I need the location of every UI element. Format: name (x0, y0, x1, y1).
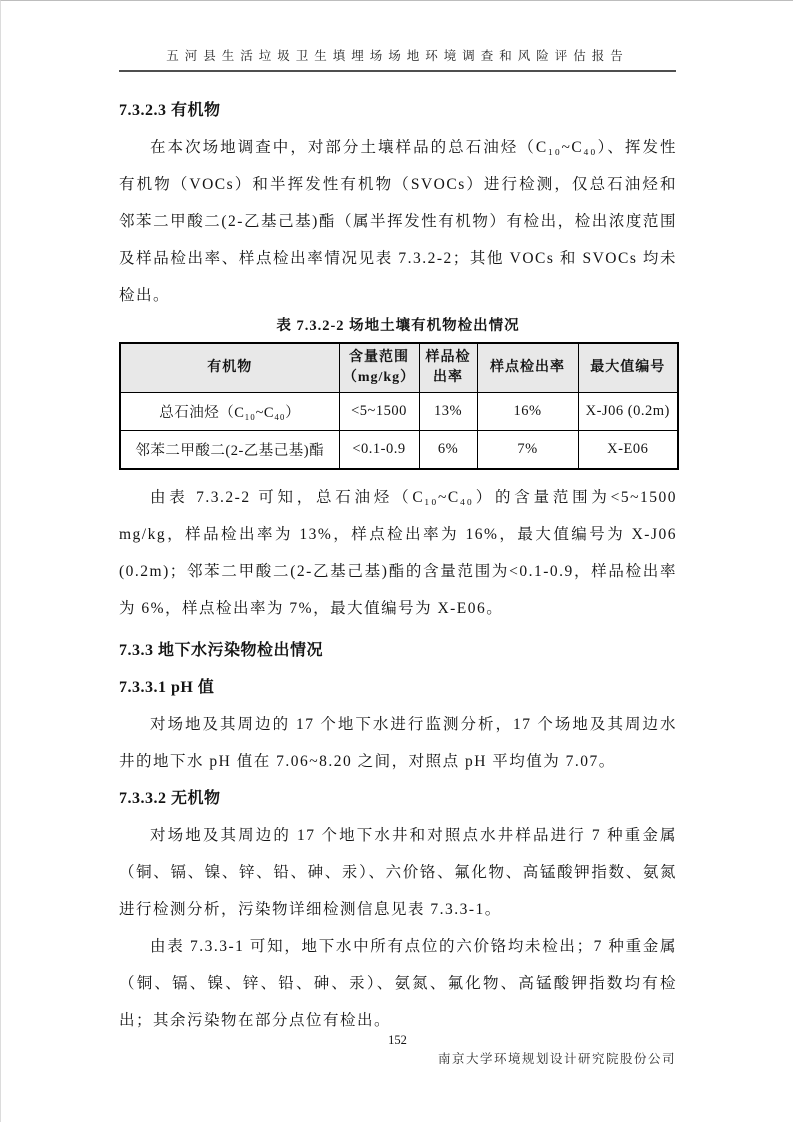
page-number: 152 (119, 1032, 676, 1048)
cell-organic: 总石油烃（C₁₀~C₄₀） (120, 393, 339, 431)
section-heading-7-3-3-2: 7.3.3.2 无机物 (119, 780, 677, 817)
table-row: 邻苯二甲酸二(2-乙基己基)酯 <0.1-0.9 6% 7% X-E06 (120, 431, 678, 470)
page-footer: 152 南京大学环境规划设计研究院股份公司 (119, 1032, 676, 1067)
table-caption: 表 7.3.2-2 场地土壤有机物检出情况 (119, 315, 677, 338)
cell-range: <5~1500 (339, 393, 419, 431)
document-body: 7.3.2.3 有机物 在本次场地调查中，对部分土壤样品的总石油烃（C₁₀~C₄… (119, 92, 677, 1039)
running-header-title: 五河县生活垃圾卫生填埋场场地环境调查和风险评估报告 (119, 46, 676, 64)
cell-sample-rate: 6% (419, 431, 477, 470)
paragraph-ph: 对场地及其周边的 17 个地下水进行监测分析，17 个场地及其周边水井的地下水 … (119, 706, 677, 780)
soil-organics-table: 有机物 含量范围（mg/kg） 样品检出率 样点检出率 最大值编号 总石油烃（C… (119, 342, 679, 470)
column-header-organic: 有机物 (120, 343, 339, 393)
cell-sample-rate: 13% (419, 393, 477, 431)
column-header-point-rate: 样点检出率 (477, 343, 578, 393)
cell-point-rate: 16% (477, 393, 578, 431)
section-heading-7-3-2-3: 7.3.2.3 有机物 (119, 92, 677, 129)
table-row: 总石油烃（C₁₀~C₄₀） <5~1500 13% 16% X-J06 (0.2… (120, 393, 678, 431)
column-header-sample-rate: 样品检出率 (419, 343, 477, 393)
paragraph-inorganics-intro: 对场地及其周边的 17 个地下水井和对照点水井样品进行 7 种重金属（铜、镉、镍… (119, 817, 677, 928)
cell-max-id: X-E06 (578, 431, 678, 470)
section-heading-7-3-3: 7.3.3 地下水污染物检出情况 (119, 632, 677, 669)
company-name: 南京大学环境规划设计研究院股份公司 (119, 1051, 676, 1067)
paragraph-table-discussion: 由表 7.3.2-2 可知，总石油烃（C₁₀~C₄₀）的含量范围为<5~1500… (119, 479, 677, 627)
document-page: 五河县生活垃圾卫生填埋场场地环境调查和风险评估报告 7.3.2.3 有机物 在本… (0, 0, 793, 1122)
table-header-row: 有机物 含量范围（mg/kg） 样品检出率 样点检出率 最大值编号 (120, 343, 678, 393)
column-header-range: 含量范围（mg/kg） (339, 343, 419, 393)
cell-range: <0.1-0.9 (339, 431, 419, 470)
page-header: 五河县生活垃圾卫生填埋场场地环境调查和风险评估报告 (119, 1, 676, 72)
section-heading-7-3-3-1: 7.3.3.1 pH 值 (119, 669, 677, 706)
cell-organic: 邻苯二甲酸二(2-乙基己基)酯 (120, 431, 339, 470)
column-header-max-id: 最大值编号 (578, 343, 678, 393)
cell-point-rate: 7% (477, 431, 578, 470)
cell-max-id: X-J06 (0.2m) (578, 393, 678, 431)
paragraph-organics-intro: 在本次场地调查中，对部分土壤样品的总石油烃（C₁₀~C₄₀）、挥发性有机物（VO… (119, 129, 677, 314)
paragraph-inorganics-result: 由表 7.3.3-1 可知，地下水中所有点位的六价铬均未检出；7 种重金属（铜、… (119, 928, 677, 1039)
